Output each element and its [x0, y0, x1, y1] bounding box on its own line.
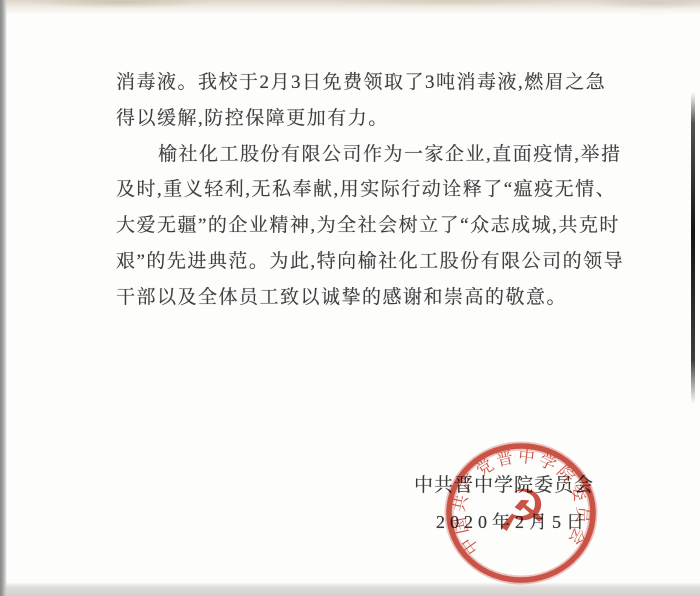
scan-edge-right-shadow [691, 92, 695, 404]
hammer-sickle-icon: ☭ [496, 477, 548, 545]
body-line-1: 消毒液。我校于2月3日免费领取了3吨消毒液,燃眉之急 [116, 65, 624, 101]
letter-body: 消毒液。我校于2月3日免费领取了3吨消毒液,燃眉之急 得以缓解,防控保障更加有力… [116, 65, 624, 316]
scanned-letter-page: 消毒液。我校于2月3日免费领取了3吨消毒液,燃眉之急 得以缓解,防控保障更加有力… [0, 0, 700, 596]
body-line-4: 及时,重义轻利,无私奉献,用实际行动诠释了“瘟疫无情、 [116, 172, 624, 208]
body-line-6: 艰”的先进典范。为此,特向榆社化工股份有限公司的领导 [116, 244, 624, 280]
body-line-3: 榆社化工股份有限公司作为一家企业,直面疫情,举措 [116, 137, 624, 173]
body-line-5: 大爱无疆”的企业精神,为全社会树立了“众志成城,共克时 [116, 208, 624, 244]
scan-edge-top [0, 0, 700, 15]
scan-edge-left [0, 0, 7, 596]
body-line-2: 得以缓解,防控保障更加有力。 [116, 101, 624, 137]
body-line-7: 干部以及全体员工致以诚挚的感谢和崇高的敬意。 [116, 280, 624, 316]
party-committee-seal: 中国共产党晋中学院委员会 ☭ [437, 437, 607, 596]
